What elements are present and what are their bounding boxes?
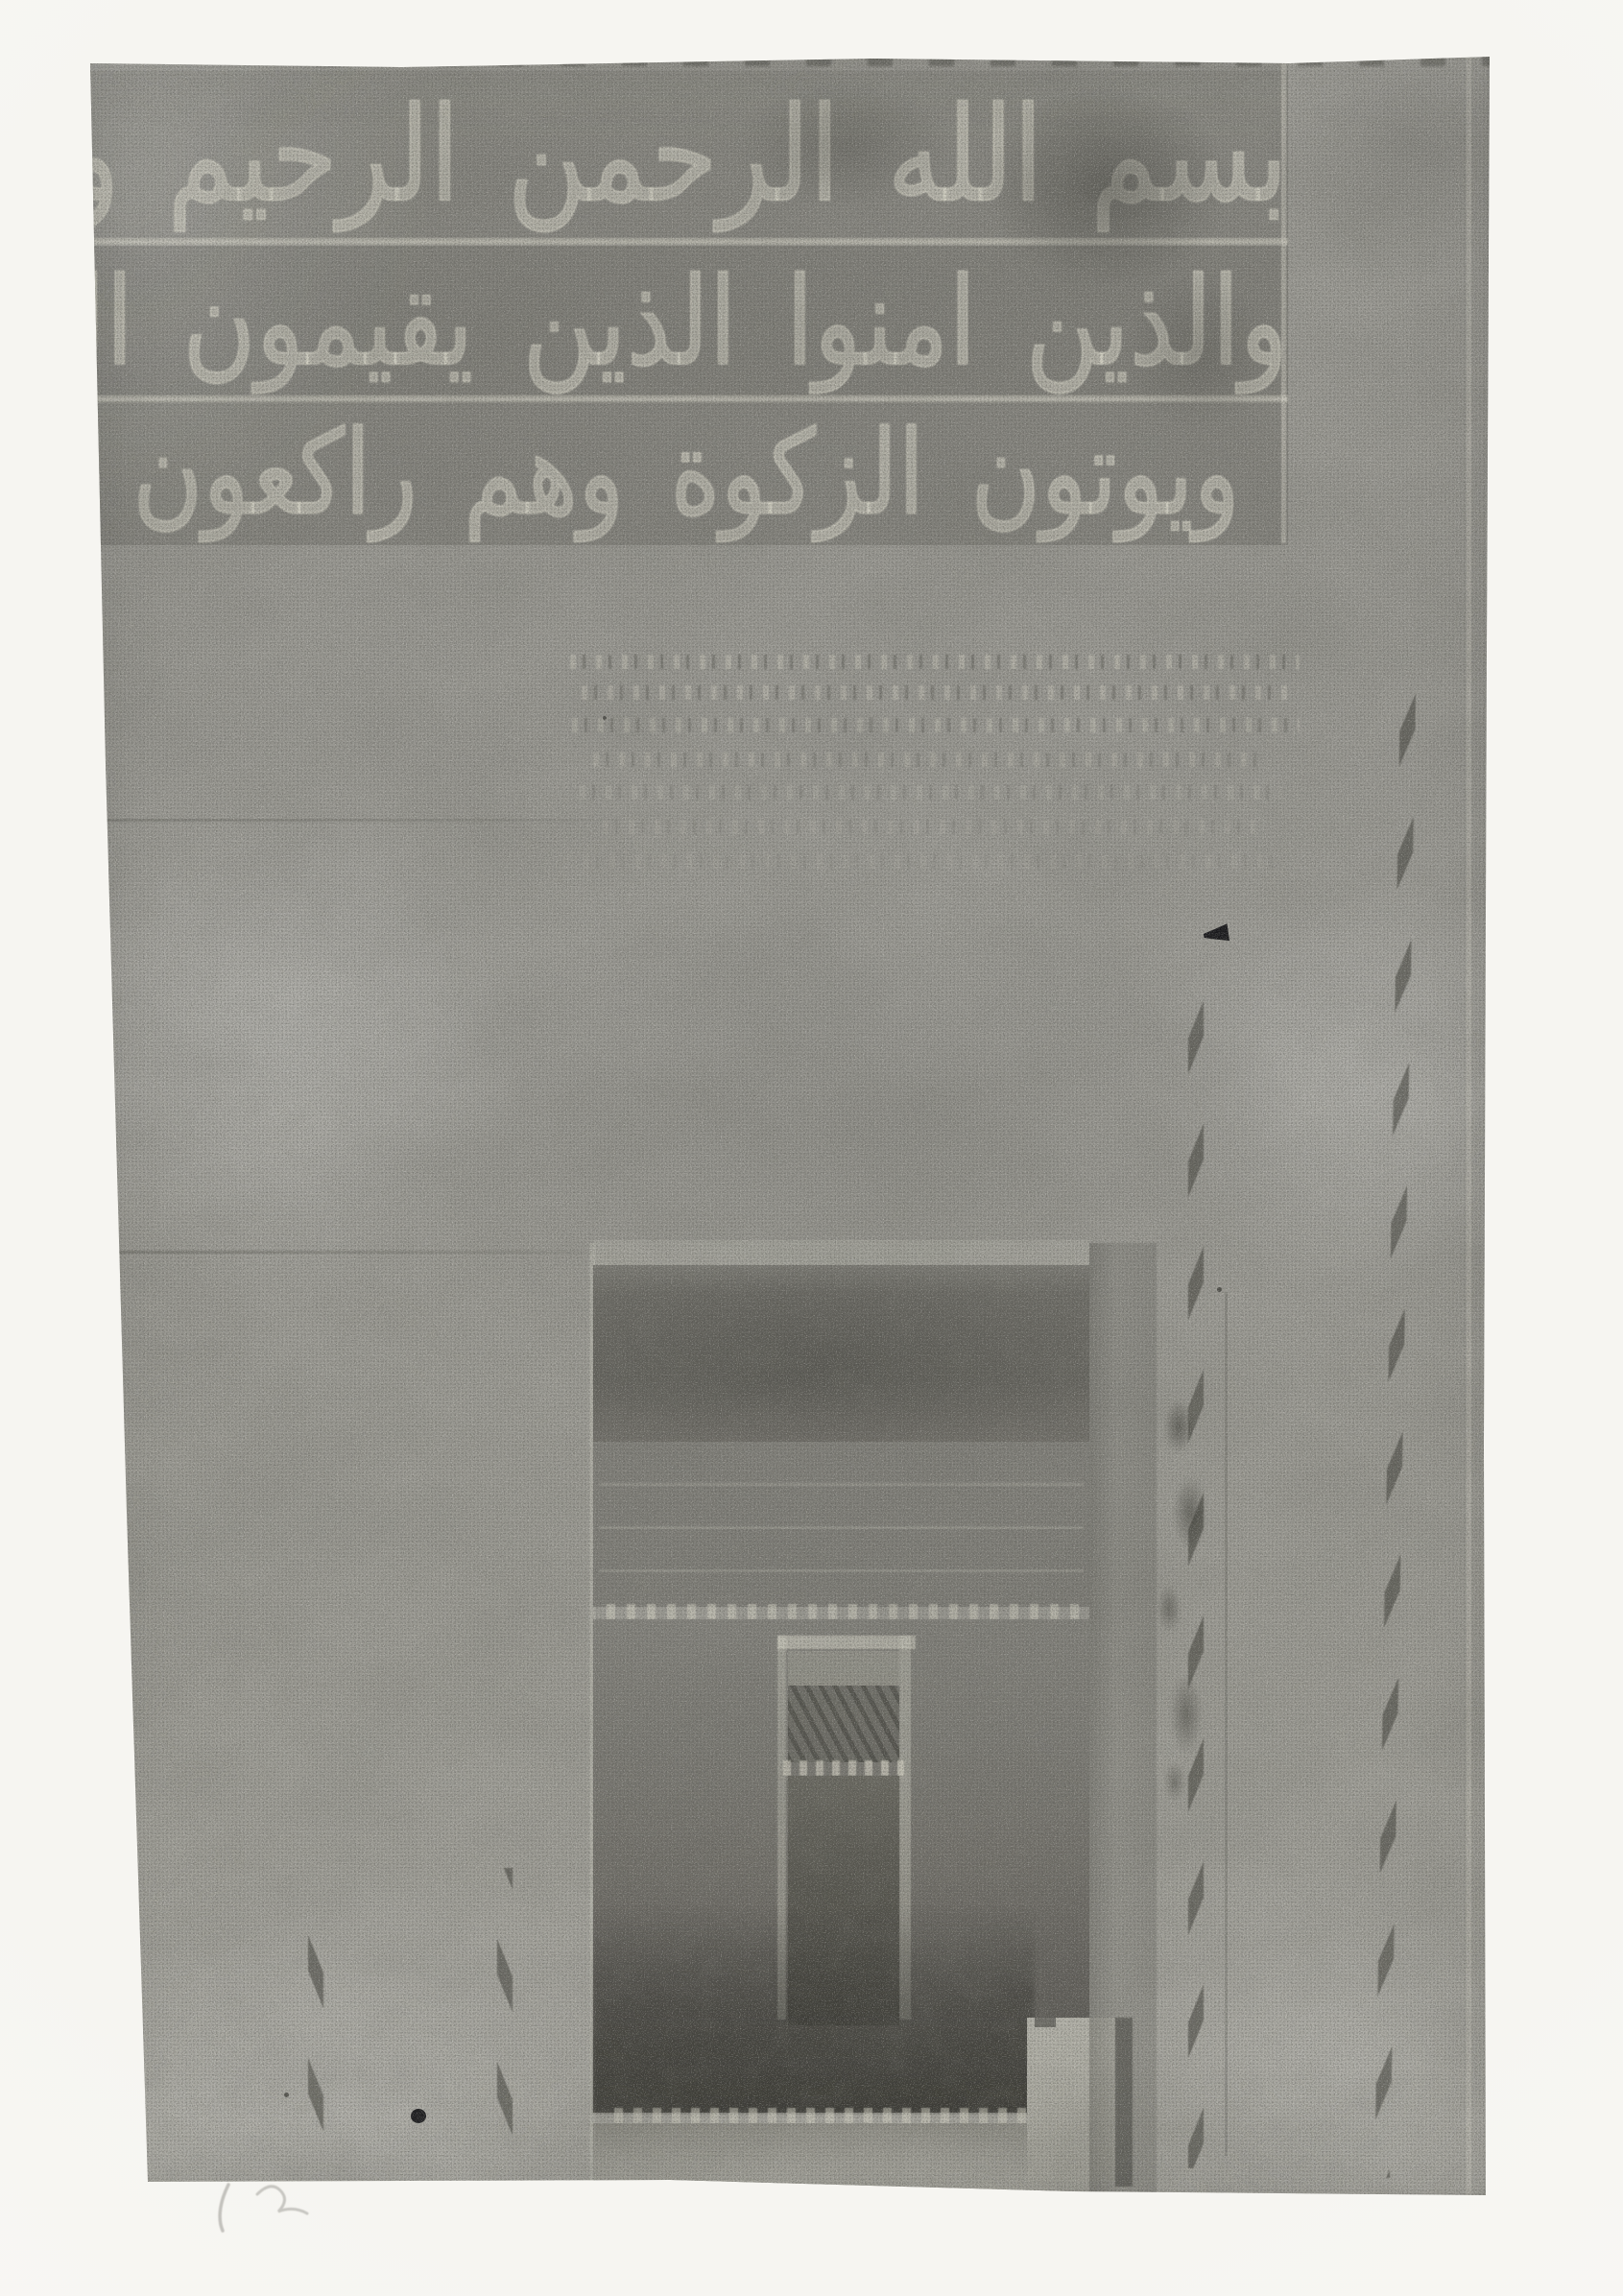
plate-edge-vignette xyxy=(84,54,1492,2197)
plate-photograph: بسم الله الرحمن الرحيم وانما وليكم الله … xyxy=(84,54,1492,2197)
pencil-scribble xyxy=(202,2175,355,2242)
book-page: بسم الله الرحمن الرحيم وانما وليكم الله … xyxy=(0,0,1623,2296)
